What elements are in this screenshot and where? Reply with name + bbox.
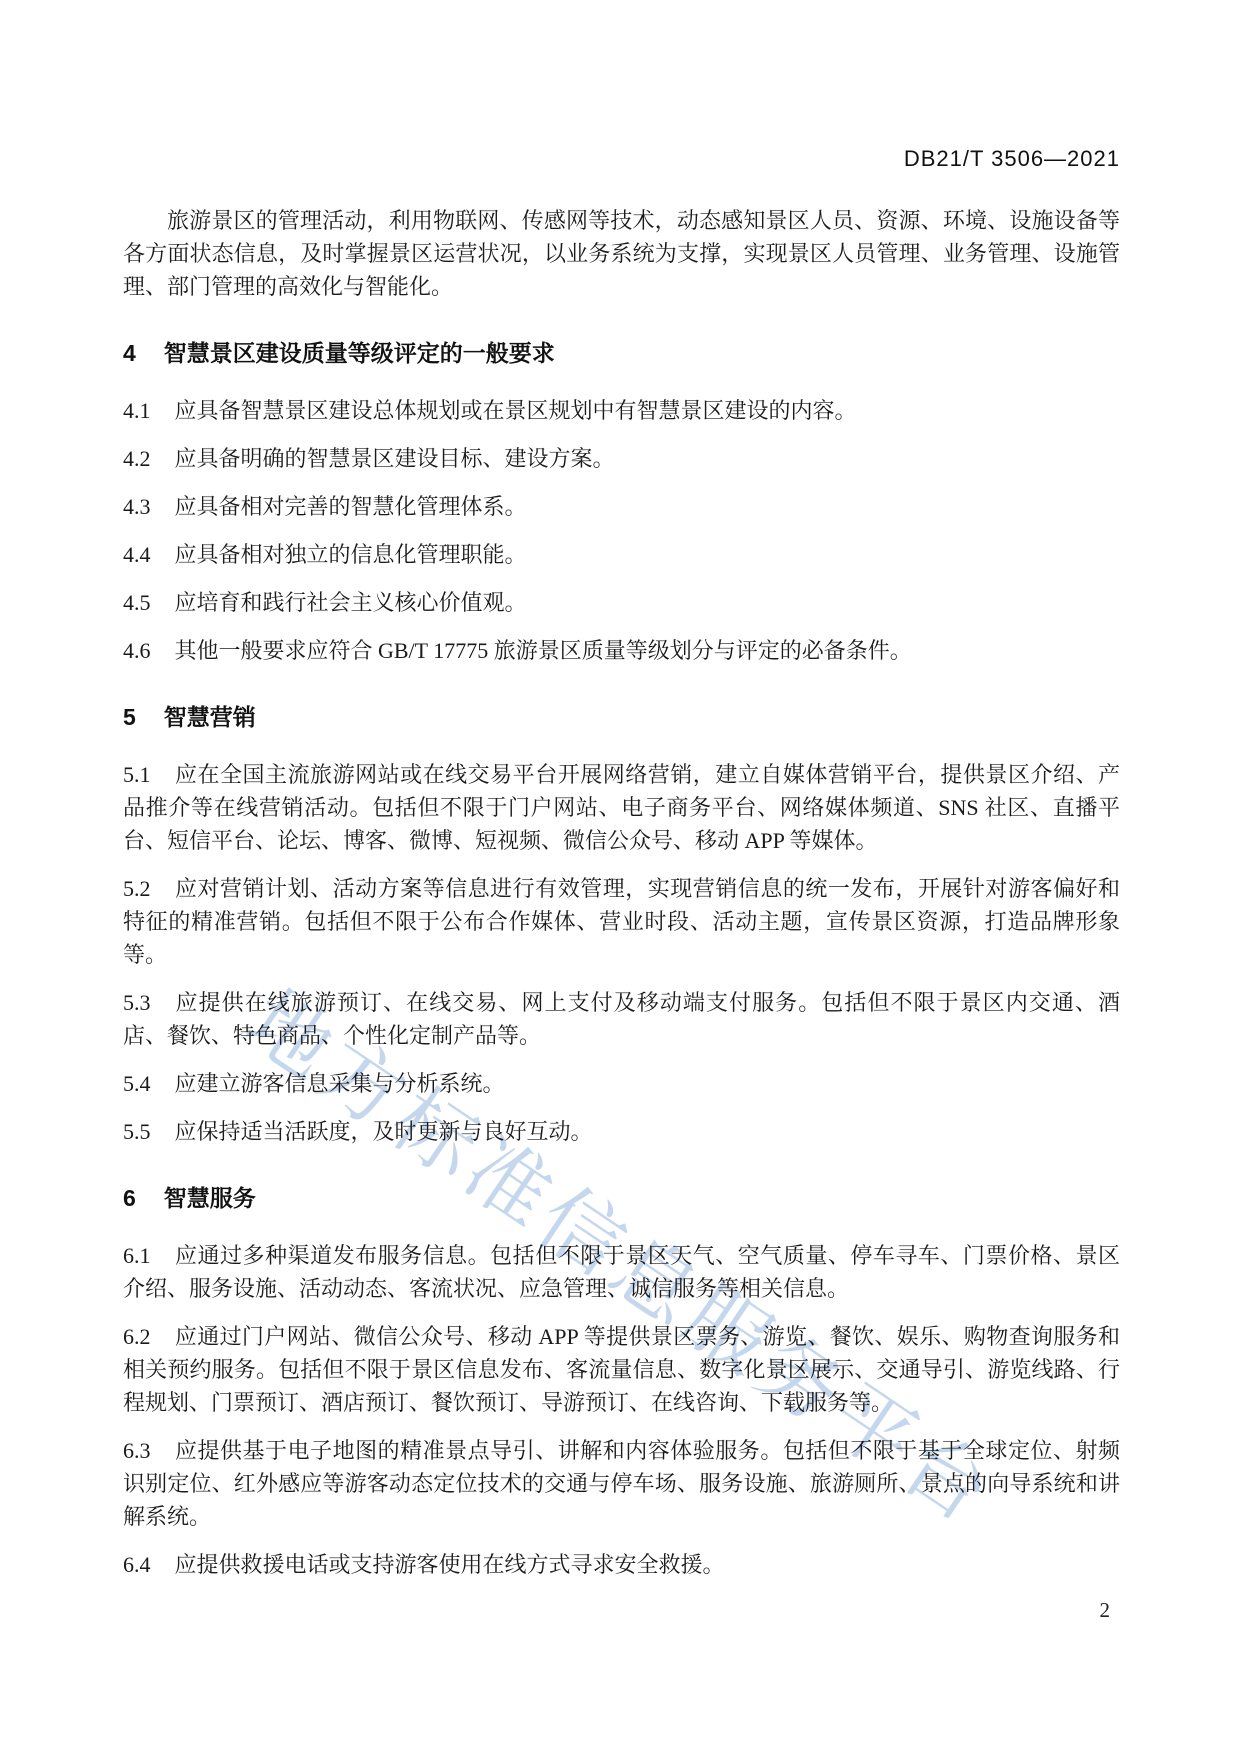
clause-5-3: 5.3应提供在线旅游预订、在线交易、网上支付及移动端支付服务。包括但不限于景区内… bbox=[123, 986, 1120, 1052]
clause-number: 5.5 bbox=[123, 1119, 151, 1144]
clause-text: 应培育和践行社会主义核心价值观。 bbox=[175, 590, 527, 615]
clause-number: 6.3 bbox=[123, 1438, 151, 1463]
page-number: 2 bbox=[1100, 1598, 1111, 1623]
clause-4-2: 4.2应具备明确的智慧景区建设目标、建设方案。 bbox=[123, 442, 1120, 475]
clause-number: 6.1 bbox=[123, 1243, 151, 1268]
clause-text: 应通过多种渠道发布服务信息。包括但不限于景区天气、空气质量、停车寻车、门票价格、… bbox=[123, 1243, 1120, 1301]
clause-text: 应具备智慧景区建设总体规划或在景区规划中有智慧景区建设的内容。 bbox=[175, 398, 857, 423]
clause-number: 4.6 bbox=[123, 638, 151, 663]
clause-text: 应对营销计划、活动方案等信息进行有效管理，实现营销信息的统一发布，开展针对游客偏… bbox=[123, 876, 1120, 967]
section-heading-4: 4智慧景区建设质量等级评定的一般要求 bbox=[123, 337, 1120, 370]
clause-number: 5.2 bbox=[123, 876, 151, 901]
clause-text: 应通过门户网站、微信公众号、移动 APP 等提供景区票务、游览、餐饮、娱乐、购物… bbox=[123, 1324, 1120, 1415]
clause-4-1: 4.1应具备智慧景区建设总体规划或在景区规划中有智慧景区建设的内容。 bbox=[123, 394, 1120, 427]
clause-5-1: 5.1应在全国主流旅游网站或在线交易平台开展网络营销，建立自媒体营销平台，提供景… bbox=[123, 758, 1120, 857]
clause-number: 6.2 bbox=[123, 1324, 151, 1349]
clause-text: 应提供救援电话或支持游客使用在线方式寻求安全救援。 bbox=[175, 1552, 725, 1577]
clause-number: 5.4 bbox=[123, 1071, 151, 1096]
clause-6-4: 6.4应提供救援电话或支持游客使用在线方式寻求安全救援。 bbox=[123, 1548, 1120, 1581]
clause-text: 应在全国主流旅游网站或在线交易平台开展网络营销，建立自媒体营销平台，提供景区介绍… bbox=[123, 762, 1120, 853]
clause-text: 应保持适当活跃度，及时更新与良好互动。 bbox=[175, 1119, 593, 1144]
section-title: 智慧景区建设质量等级评定的一般要求 bbox=[164, 340, 555, 366]
clause-number: 4.5 bbox=[123, 590, 151, 615]
clause-number: 4.4 bbox=[123, 542, 151, 567]
document-page: 地方标准信息服务平台 DB21/T 3506—2021 旅游景区的管理活动，利用… bbox=[0, 0, 1241, 1754]
clause-6-3: 6.3应提供基于电子地图的精准景点导引、讲解和内容体验服务。包括但不限于基于全球… bbox=[123, 1434, 1120, 1533]
clause-number: 5.3 bbox=[123, 990, 151, 1015]
clause-text: 应具备明确的智慧景区建设目标、建设方案。 bbox=[175, 446, 615, 471]
section-number: 5 bbox=[123, 704, 136, 730]
clause-text: 应提供基于电子地图的精准景点导引、讲解和内容体验服务。包括但不限于基于全球定位、… bbox=[123, 1438, 1120, 1529]
section-heading-6: 6智慧服务 bbox=[123, 1182, 1120, 1215]
clause-number: 4.3 bbox=[123, 494, 151, 519]
section-title: 智慧营销 bbox=[164, 704, 256, 730]
clause-number: 4.1 bbox=[123, 398, 151, 423]
clause-number: 4.2 bbox=[123, 446, 151, 471]
clause-6-2: 6.2应通过门户网站、微信公众号、移动 APP 等提供景区票务、游览、餐饮、娱乐… bbox=[123, 1320, 1120, 1419]
section-number: 4 bbox=[123, 340, 136, 366]
clause-text: 应建立游客信息采集与分析系统。 bbox=[175, 1071, 505, 1096]
intro-paragraph: 旅游景区的管理活动，利用物联网、传感网等技术，动态感知景区人员、资源、环境、设施… bbox=[123, 204, 1120, 303]
clause-5-5: 5.5应保持适当活跃度，及时更新与良好互动。 bbox=[123, 1115, 1120, 1148]
section-title: 智慧服务 bbox=[164, 1185, 256, 1211]
section-heading-5: 5智慧营销 bbox=[123, 701, 1120, 734]
clause-4-5: 4.5应培育和践行社会主义核心价值观。 bbox=[123, 586, 1120, 619]
clause-text: 应具备相对完善的智慧化管理体系。 bbox=[175, 494, 527, 519]
clause-4-3: 4.3应具备相对完善的智慧化管理体系。 bbox=[123, 490, 1120, 523]
clause-6-1: 6.1应通过多种渠道发布服务信息。包括但不限于景区天气、空气质量、停车寻车、门票… bbox=[123, 1239, 1120, 1305]
clause-text: 应具备相对独立的信息化管理职能。 bbox=[175, 542, 527, 567]
clause-5-2: 5.2应对营销计划、活动方案等信息进行有效管理，实现营销信息的统一发布，开展针对… bbox=[123, 872, 1120, 971]
clause-number: 6.4 bbox=[123, 1552, 151, 1577]
page-content: DB21/T 3506—2021 旅游景区的管理活动，利用物联网、传感网等技术，… bbox=[0, 146, 1241, 1581]
doc-code-header: DB21/T 3506—2021 bbox=[123, 146, 1120, 172]
clause-text: 应提供在线旅游预订、在线交易、网上支付及移动端支付服务。包括但不限于景区内交通、… bbox=[123, 990, 1120, 1048]
clause-4-4: 4.4应具备相对独立的信息化管理职能。 bbox=[123, 538, 1120, 571]
clause-5-4: 5.4应建立游客信息采集与分析系统。 bbox=[123, 1067, 1120, 1100]
clause-text: 其他一般要求应符合 GB/T 17775 旅游景区质量等级划分与评定的必备条件。 bbox=[175, 638, 912, 663]
section-number: 6 bbox=[123, 1185, 136, 1211]
clause-number: 5.1 bbox=[123, 762, 151, 787]
clause-4-6: 4.6其他一般要求应符合 GB/T 17775 旅游景区质量等级划分与评定的必备… bbox=[123, 634, 1120, 667]
